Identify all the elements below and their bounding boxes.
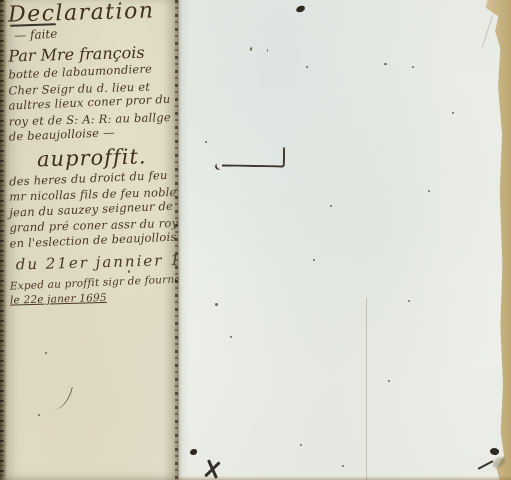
speck-dot — [249, 47, 252, 51]
speck-dot — [452, 112, 454, 114]
speck-dot — [267, 49, 269, 52]
crease-vertical-mark — [366, 298, 367, 480]
x-scribble-mark — [202, 460, 220, 478]
corner-crease-mark — [482, 15, 493, 48]
speck-dot — [428, 190, 430, 192]
ink-marks-layer — [0, 0, 511, 480]
speck-dot — [300, 444, 302, 446]
bracket-pen-mark-mark — [222, 146, 285, 167]
corner-curl-shadow-mark — [491, 455, 508, 470]
speck-dot — [388, 380, 390, 382]
ink-blob-bottom-right-mark — [489, 447, 500, 457]
speck-dot — [412, 66, 414, 68]
speck-dot — [45, 352, 47, 354]
speck-dot — [128, 270, 130, 273]
speck-dot — [330, 205, 332, 207]
manuscript-scan: Declaration— faitePar Mre françoisbotte … — [0, 0, 511, 480]
speck-dot — [313, 259, 315, 261]
speck-dot — [205, 141, 207, 143]
speck-dot — [230, 336, 232, 338]
speck-dot — [306, 66, 308, 68]
ink-dot-bottom-left-mark — [190, 449, 197, 455]
arc-left-page-mark — [52, 384, 73, 413]
title-underline-stroke-mark — [10, 23, 56, 27]
speck-dot — [215, 303, 218, 306]
speck-dot — [408, 300, 410, 302]
speck-dot — [38, 414, 40, 416]
ink-blot-top-mark — [295, 5, 305, 13]
speck-dot — [342, 465, 344, 467]
stroke-bottom-right-mark — [478, 460, 494, 470]
speck-dot — [384, 63, 387, 65]
